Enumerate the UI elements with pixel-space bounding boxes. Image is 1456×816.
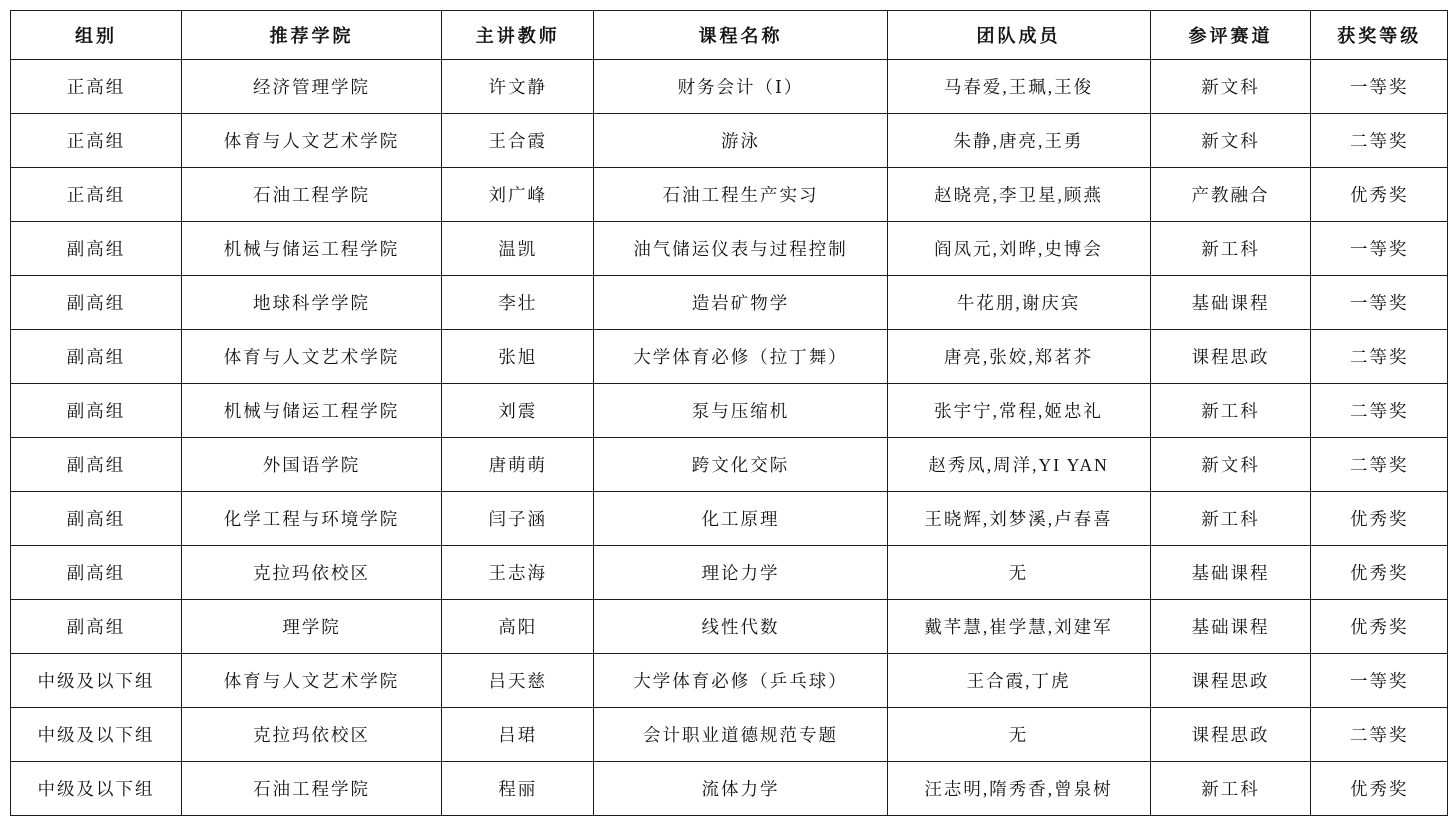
cell-college: 体育与人文艺术学院 — [182, 654, 442, 708]
cell-award: 优秀奖 — [1311, 546, 1448, 600]
cell-track: 基础课程 — [1150, 546, 1311, 600]
cell-teacher: 李壮 — [442, 276, 594, 330]
cell-teacher: 吕天慈 — [442, 654, 594, 708]
cell-members: 王晓辉,刘梦溪,卢春喜 — [887, 492, 1150, 546]
cell-group: 中级及以下组 — [11, 708, 182, 762]
column-header-course: 课程名称 — [594, 11, 887, 60]
cell-members: 唐亮,张姣,郑茗芥 — [887, 330, 1150, 384]
cell-course: 会计职业道德规范专题 — [594, 708, 887, 762]
cell-college: 体育与人文艺术学院 — [182, 114, 442, 168]
cell-teacher: 闫子涵 — [442, 492, 594, 546]
cell-members: 赵晓亮,李卫星,顾燕 — [887, 168, 1150, 222]
cell-college: 经济管理学院 — [182, 60, 442, 114]
cell-members: 马春爱,王珮,王俊 — [887, 60, 1150, 114]
cell-course: 理论力学 — [594, 546, 887, 600]
column-header-college: 推荐学院 — [182, 11, 442, 60]
table-row: 副高组化学工程与环境学院闫子涵化工原理王晓辉,刘梦溪,卢春喜新工科优秀奖 — [11, 492, 1448, 546]
cell-course: 油气储运仪表与过程控制 — [594, 222, 887, 276]
column-header-award: 获奖等级 — [1311, 11, 1448, 60]
column-header-members: 团队成员 — [887, 11, 1150, 60]
cell-award: 一等奖 — [1311, 654, 1448, 708]
cell-track: 新工科 — [1150, 222, 1311, 276]
cell-college: 克拉玛依校区 — [182, 708, 442, 762]
cell-course: 线性代数 — [594, 600, 887, 654]
cell-track: 新工科 — [1150, 762, 1311, 788]
table-row: 副高组地球科学学院李壮造岩矿物学牛花朋,谢庆宾基础课程一等奖 — [11, 276, 1448, 330]
cell-group: 副高组 — [11, 276, 182, 330]
cell-award: 优秀奖 — [1311, 762, 1448, 788]
cell-teacher: 王志海 — [442, 546, 594, 600]
table-row: 副高组理学院高阳线性代数戴芊慧,崔学慧,刘建军基础课程优秀奖 — [11, 600, 1448, 654]
cell-group: 中级及以下组 — [11, 654, 182, 708]
cell-award: 二等奖 — [1311, 708, 1448, 762]
cell-members: 戴芊慧,崔学慧,刘建军 — [887, 600, 1150, 654]
cell-course: 大学体育必修（乒乓球） — [594, 654, 887, 708]
cell-teacher: 刘广峰 — [442, 168, 594, 222]
cell-college: 化学工程与环境学院 — [182, 492, 442, 546]
cell-award: 优秀奖 — [1311, 492, 1448, 546]
cell-college: 外国语学院 — [182, 438, 442, 492]
table-row: 中级及以下组体育与人文艺术学院吕天慈大学体育必修（乒乓球）王合霞,丁虎课程思政一… — [11, 654, 1448, 708]
cell-course: 游泳 — [594, 114, 887, 168]
cell-award: 一等奖 — [1311, 222, 1448, 276]
cell-college: 机械与储运工程学院 — [182, 384, 442, 438]
table-row: 中级及以下组石油工程学院程丽流体力学汪志明,隋秀香,曾泉树新工科优秀奖 — [11, 762, 1448, 788]
column-header-teacher: 主讲教师 — [442, 11, 594, 60]
table-row: 中级及以下组克拉玛依校区吕珺会计职业道德规范专题无课程思政二等奖 — [11, 708, 1448, 762]
table-row: 正高组体育与人文艺术学院王合霞游泳朱静,唐亮,王勇新文科二等奖 — [11, 114, 1448, 168]
cell-group: 副高组 — [11, 384, 182, 438]
cell-college: 石油工程学院 — [182, 168, 442, 222]
cell-track: 产教融合 — [1150, 168, 1311, 222]
cell-track: 新工科 — [1150, 384, 1311, 438]
cell-course: 流体力学 — [594, 762, 887, 788]
cell-course: 石油工程生产实习 — [594, 168, 887, 222]
cell-teacher: 张旭 — [442, 330, 594, 384]
cell-group: 副高组 — [11, 600, 182, 654]
cell-members: 无 — [887, 708, 1150, 762]
cell-teacher: 唐萌萌 — [442, 438, 594, 492]
table-row: 副高组外国语学院唐萌萌跨文化交际赵秀凤,周洋,YI YAN新文科二等奖 — [11, 438, 1448, 492]
cell-award: 二等奖 — [1311, 384, 1448, 438]
cell-course: 造岩矿物学 — [594, 276, 887, 330]
table-row: 正高组石油工程学院刘广峰石油工程生产实习赵晓亮,李卫星,顾燕产教融合优秀奖 — [11, 168, 1448, 222]
cell-group: 中级及以下组 — [11, 762, 182, 788]
table-row: 副高组机械与储运工程学院刘震泵与压缩机张宇宁,常程,姬忠礼新工科二等奖 — [11, 384, 1448, 438]
cell-college: 理学院 — [182, 600, 442, 654]
cell-group: 副高组 — [11, 438, 182, 492]
cell-award: 二等奖 — [1311, 114, 1448, 168]
cell-teacher: 刘震 — [442, 384, 594, 438]
cell-course: 泵与压缩机 — [594, 384, 887, 438]
cell-teacher: 王合霞 — [442, 114, 594, 168]
cell-members: 汪志明,隋秀香,曾泉树 — [887, 762, 1150, 788]
cell-members: 王合霞,丁虎 — [887, 654, 1150, 708]
cell-track: 基础课程 — [1150, 600, 1311, 654]
cell-teacher: 许文静 — [442, 60, 594, 114]
table-row: 副高组体育与人文艺术学院张旭大学体育必修（拉丁舞）唐亮,张姣,郑茗芥课程思政二等… — [11, 330, 1448, 384]
table-row: 正高组经济管理学院许文静财务会计（Ⅰ）马春爱,王珮,王俊新文科一等奖 — [11, 60, 1448, 114]
cell-teacher: 程丽 — [442, 762, 594, 788]
cell-college: 体育与人文艺术学院 — [182, 330, 442, 384]
cell-college: 机械与储运工程学院 — [182, 222, 442, 276]
cell-track: 课程思政 — [1150, 330, 1311, 384]
cell-college: 克拉玛依校区 — [182, 546, 442, 600]
cell-group: 副高组 — [11, 222, 182, 276]
cell-members: 赵秀凤,周洋,YI YAN — [887, 438, 1150, 492]
cell-group: 正高组 — [11, 114, 182, 168]
cell-group: 副高组 — [11, 492, 182, 546]
cell-track: 课程思政 — [1150, 708, 1311, 762]
cell-award: 优秀奖 — [1311, 168, 1448, 222]
cell-members: 牛花朋,谢庆宾 — [887, 276, 1150, 330]
cell-course: 跨文化交际 — [594, 438, 887, 492]
column-header-track: 参评赛道 — [1150, 11, 1311, 60]
cell-award: 优秀奖 — [1311, 600, 1448, 654]
cell-track: 基础课程 — [1150, 276, 1311, 330]
cell-award: 二等奖 — [1311, 330, 1448, 384]
table-row: 副高组克拉玛依校区王志海理论力学无基础课程优秀奖 — [11, 546, 1448, 600]
cell-track: 课程思政 — [1150, 654, 1311, 708]
cell-group: 正高组 — [11, 168, 182, 222]
cell-members: 朱静,唐亮,王勇 — [887, 114, 1150, 168]
cell-track: 新文科 — [1150, 60, 1311, 114]
cell-award: 二等奖 — [1311, 438, 1448, 492]
table-header-row: 组别推荐学院主讲教师课程名称团队成员参评赛道获奖等级 — [11, 11, 1448, 60]
teaching-award-results-table: 组别推荐学院主讲教师课程名称团队成员参评赛道获奖等级 正高组经济管理学院许文静财… — [10, 10, 1448, 787]
cell-college: 石油工程学院 — [182, 762, 442, 788]
document-page: 组别推荐学院主讲教师课程名称团队成员参评赛道获奖等级 正高组经济管理学院许文静财… — [10, 10, 1448, 787]
cell-group: 副高组 — [11, 546, 182, 600]
cell-course: 财务会计（Ⅰ） — [594, 60, 887, 114]
cell-track: 新文科 — [1150, 438, 1311, 492]
cell-award: 一等奖 — [1311, 60, 1448, 114]
cell-teacher: 吕珺 — [442, 708, 594, 762]
cell-track: 新工科 — [1150, 492, 1311, 546]
cell-members: 无 — [887, 546, 1150, 600]
cell-award: 一等奖 — [1311, 276, 1448, 330]
cell-course: 化工原理 — [594, 492, 887, 546]
cell-group: 正高组 — [11, 60, 182, 114]
cell-teacher: 温凯 — [442, 222, 594, 276]
cell-members: 阎凤元,刘晔,史博会 — [887, 222, 1150, 276]
cell-college: 地球科学学院 — [182, 276, 442, 330]
cell-teacher: 高阳 — [442, 600, 594, 654]
cell-group: 副高组 — [11, 330, 182, 384]
cell-track: 新文科 — [1150, 114, 1311, 168]
cell-course: 大学体育必修（拉丁舞） — [594, 330, 887, 384]
cell-members: 张宇宁,常程,姬忠礼 — [887, 384, 1150, 438]
column-header-group: 组别 — [11, 11, 182, 60]
table-row: 副高组机械与储运工程学院温凯油气储运仪表与过程控制阎凤元,刘晔,史博会新工科一等… — [11, 222, 1448, 276]
